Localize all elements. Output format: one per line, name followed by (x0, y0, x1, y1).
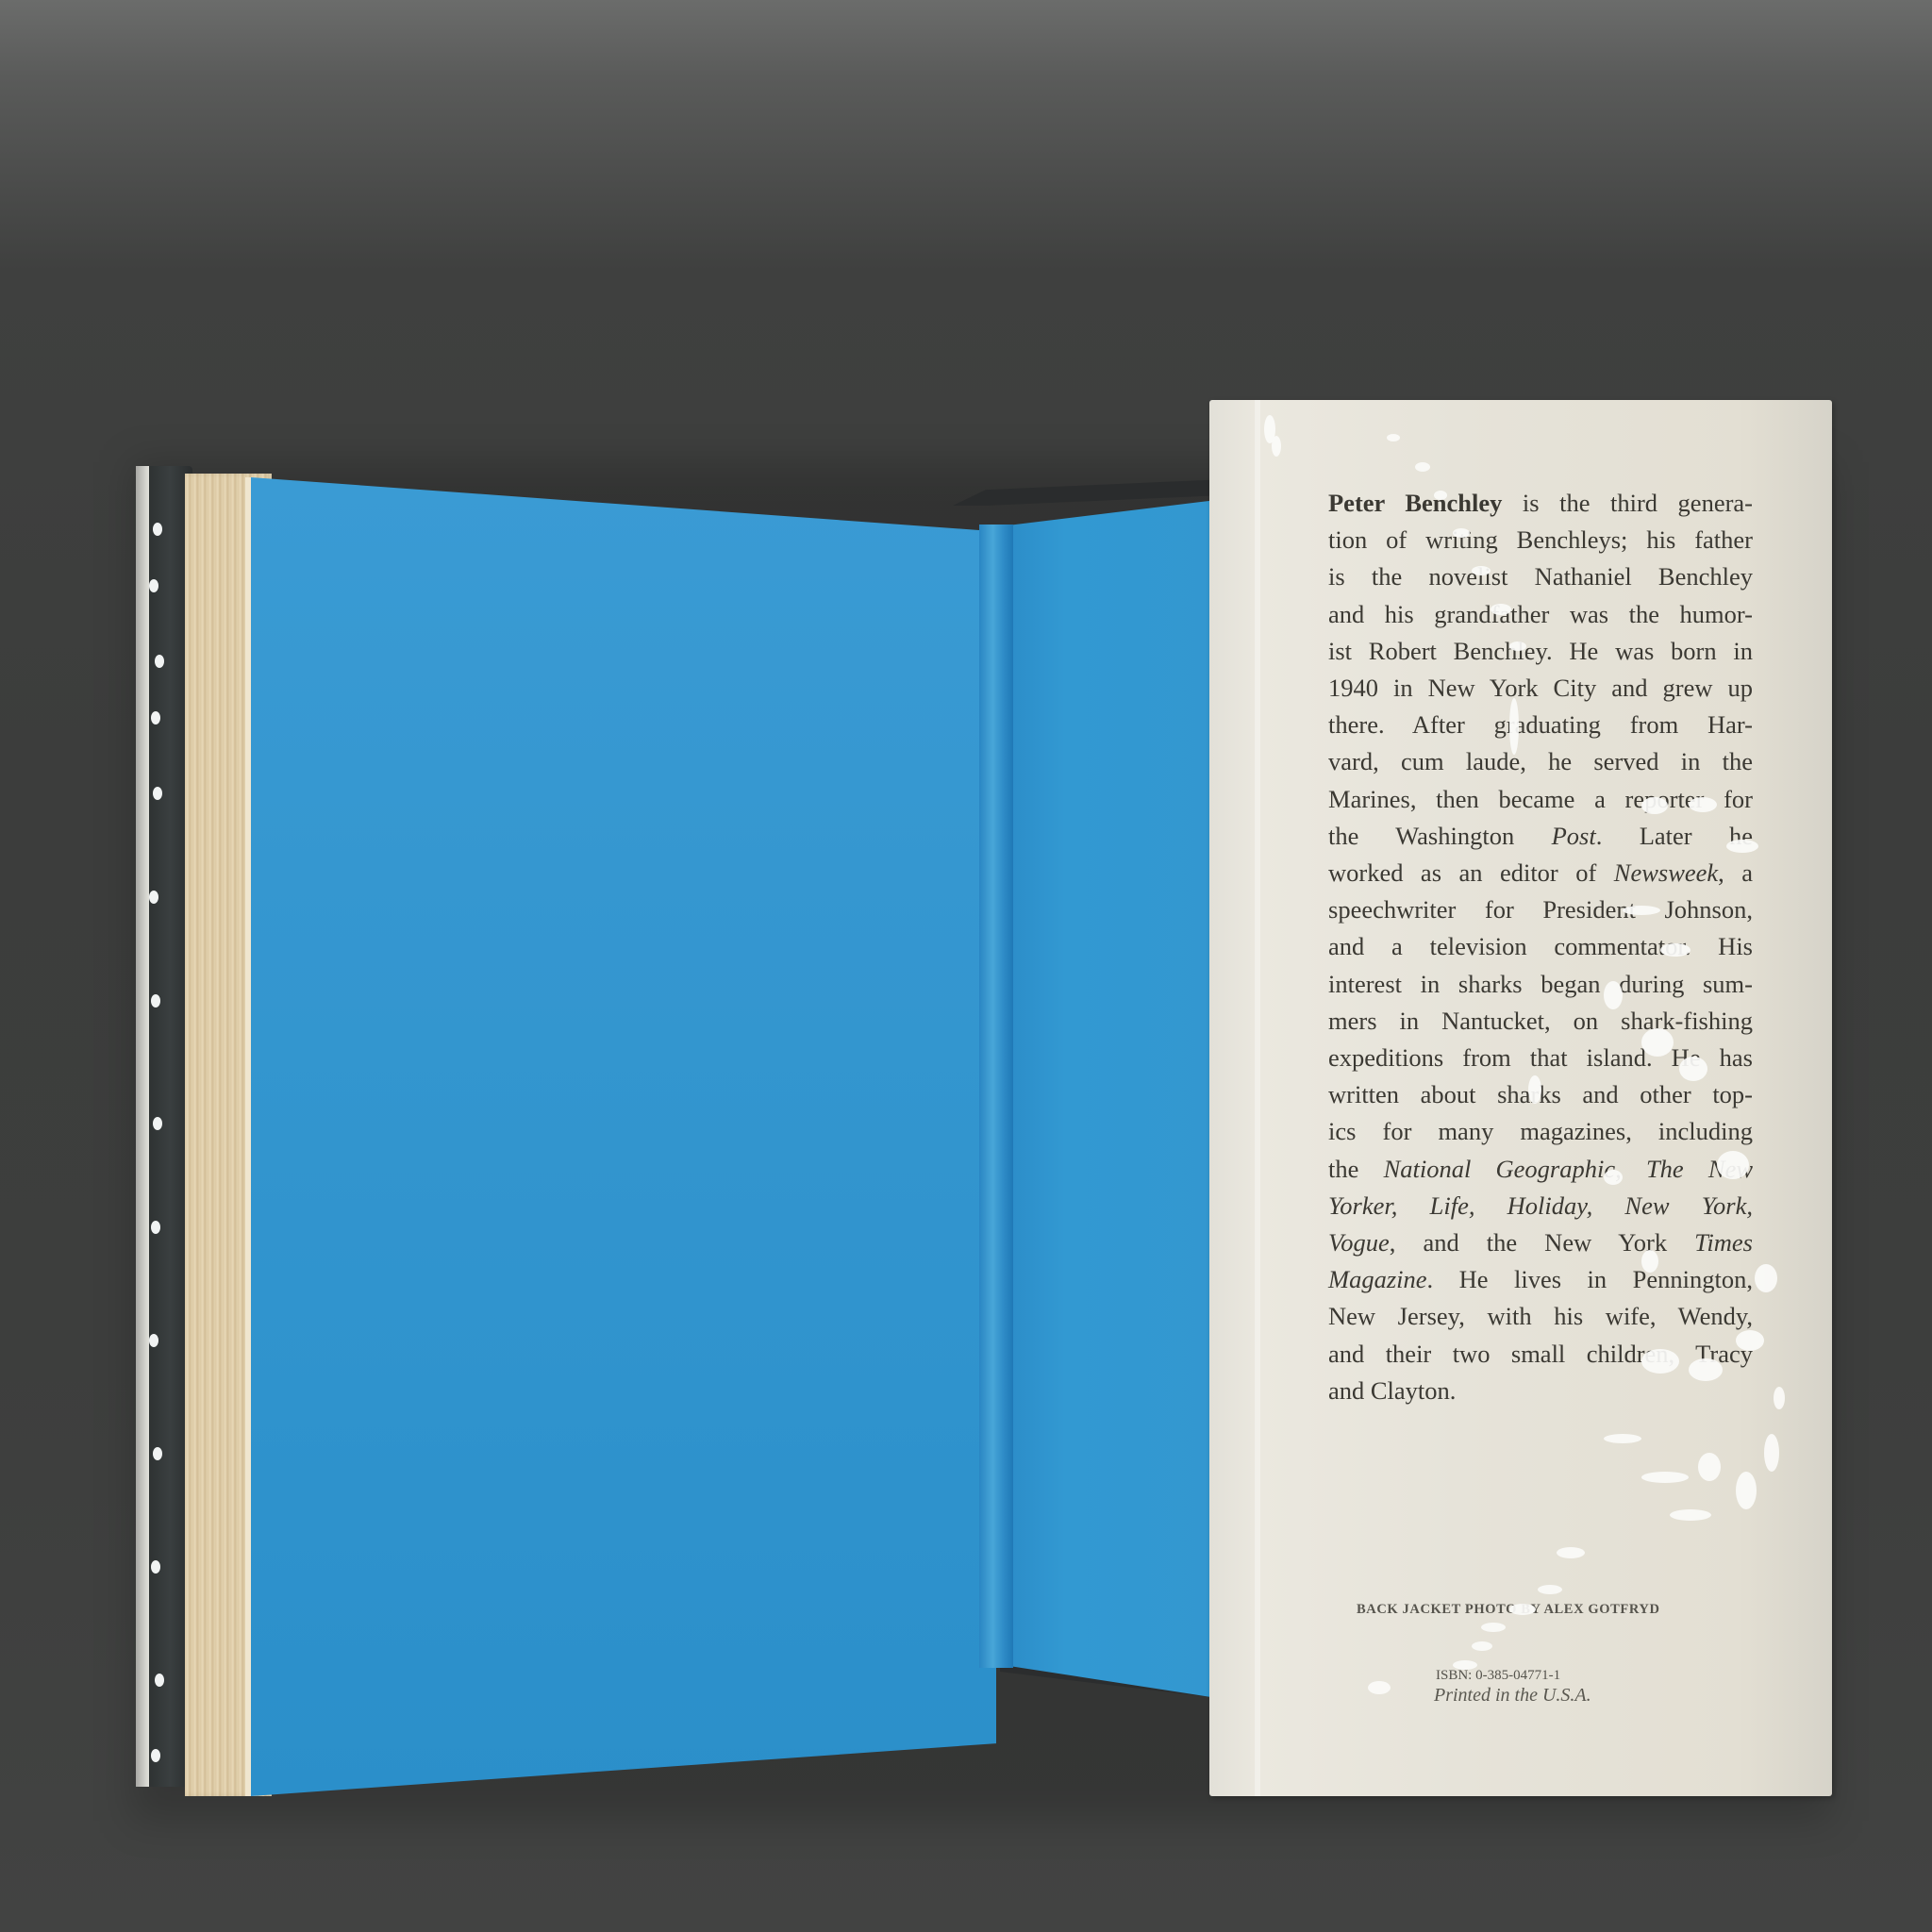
bio-line: ist Robert Benchley. He was born in (1328, 633, 1753, 670)
scuff-mark (1509, 1604, 1536, 1615)
wear-speck (153, 1447, 162, 1460)
scuff-mark (1689, 1358, 1723, 1381)
bio-text: . He lives in Pennington, (1427, 1265, 1753, 1293)
scuff-mark (1604, 1170, 1623, 1185)
bio-line: there. After graduating from Har- (1328, 707, 1753, 743)
scuff-mark (1641, 1349, 1679, 1374)
bio-line: 1940 in New York City and grew up (1328, 670, 1753, 707)
bio-text: and his grandfather was the humor- (1328, 600, 1753, 628)
wear-speck (149, 579, 158, 592)
flap-fold-crease (1255, 400, 1260, 1796)
bio-text: mers in Nantucket, on shark-fishing (1328, 1007, 1753, 1035)
scuff-mark (1481, 1623, 1506, 1632)
bio-line: worked as an editor of Newsweek, a (1328, 855, 1753, 891)
wear-speck (149, 1334, 158, 1347)
bio-text: interest in sharks began during sum- (1328, 970, 1753, 998)
scuff-mark (1641, 1250, 1658, 1273)
scuff-mark (1509, 641, 1526, 651)
bio-line: tion of writing Benchleys; his father (1328, 522, 1753, 558)
scuff-mark (1387, 434, 1400, 441)
bio-text: the (1328, 1155, 1384, 1183)
scuff-mark (1726, 840, 1758, 853)
jacket-edge-strip (136, 466, 149, 1787)
bio-line: is the novelist Nathaniel Benchley (1328, 558, 1753, 595)
scuff-mark (1689, 797, 1717, 812)
scuff-mark (1641, 797, 1668, 814)
bio-line: Yorker, Life, Holiday, New York, (1328, 1188, 1753, 1224)
bio-line: Marines, then became a reporter for (1328, 781, 1753, 818)
scuff-mark (1538, 1585, 1562, 1594)
bio-text: is the third genera- (1502, 489, 1753, 517)
scuff-mark (1415, 462, 1430, 472)
bio-text: vard, cum laude, he served in the (1328, 747, 1753, 775)
bio-text: tion of writing Benchleys; his father (1328, 525, 1753, 554)
scuff-mark (1453, 528, 1470, 538)
bio-text: Peter Benchley (1328, 489, 1502, 517)
scuff-mark (1641, 1472, 1689, 1483)
scuff-mark (1604, 1434, 1641, 1443)
scuff-mark (1472, 1641, 1492, 1651)
bio-text: is the novelist Nathaniel Benchley (1328, 562, 1753, 591)
scuff-mark (1736, 1472, 1757, 1509)
scuff-mark (1434, 491, 1447, 500)
scuff-mark (1641, 1028, 1674, 1057)
scuff-mark (1472, 566, 1491, 575)
bio-text: 1940 in New York City and grew up (1328, 674, 1753, 702)
scuff-mark (1764, 1434, 1779, 1472)
scuff-mark (1698, 1453, 1721, 1481)
wear-speck (151, 1560, 160, 1574)
book-gutter-hinge (979, 525, 1013, 1668)
scuff-mark (1736, 1330, 1764, 1351)
bio-line: the National Geographic, The New (1328, 1151, 1753, 1188)
printed-in-usa: Printed in the U.S.A. (1434, 1685, 1591, 1707)
wear-speck (155, 1674, 164, 1687)
wear-speck (151, 1749, 160, 1762)
wear-speck (153, 1117, 162, 1130)
bio-text: there. After graduating from Har- (1328, 710, 1753, 739)
scuff-mark (1491, 604, 1511, 615)
bio-text: , a (1718, 858, 1753, 887)
bio-text: New Jersey, with his wife, Wendy, (1328, 1302, 1753, 1330)
scuff-mark (1272, 436, 1281, 457)
bio-text: Newsweek (1614, 858, 1718, 887)
scuff-mark (1670, 1509, 1711, 1521)
bio-line: and his grandfather was the humor- (1328, 596, 1753, 633)
bio-text: ics for many magazines, including (1328, 1117, 1753, 1145)
bio-line: mers in Nantucket, on shark-fishing (1328, 1003, 1753, 1040)
bio-text: and Clayton. (1328, 1376, 1456, 1405)
isbn: ISBN: 0-385-04771-1 (1436, 1668, 1560, 1684)
bio-line: vard, cum laude, he served in the (1328, 743, 1753, 780)
bio-text: ist Robert Benchley. He was born in (1328, 637, 1753, 665)
scuff-mark (1604, 981, 1623, 1009)
scuff-mark (1368, 1681, 1391, 1694)
bio-text: speechwriter for President Johnson, (1328, 895, 1753, 924)
bio-text: worked as an editor of (1328, 858, 1614, 887)
bio-line: Magazine. He lives in Pennington, (1328, 1261, 1753, 1298)
scuff-mark (1660, 943, 1690, 957)
bio-text: Times (1694, 1228, 1753, 1257)
bio-line: New Jersey, with his wife, Wendy, (1328, 1298, 1753, 1335)
wear-speck (149, 891, 158, 904)
bio-line: speechwriter for President Johnson, (1328, 891, 1753, 928)
photo-credit: BACK JACKET PHOTO BY ALEX GOTFRYD (1357, 1602, 1660, 1618)
bio-text: Yorker, Life, Holiday, New York, (1328, 1191, 1753, 1220)
wear-speck (151, 994, 160, 1008)
bio-text: and their two small children, Tracy (1328, 1340, 1753, 1368)
bio-line: the Washington Post. Later he (1328, 818, 1753, 855)
bio-line: interest in sharks began during sum- (1328, 966, 1753, 1003)
scuff-mark (1557, 1547, 1585, 1558)
bio-text: Post (1552, 822, 1596, 850)
scuff-mark (1528, 1075, 1541, 1104)
scuff-mark (1453, 1660, 1477, 1670)
bio-text: National Geographic, The New (1384, 1155, 1753, 1183)
wear-speck (153, 787, 162, 800)
wear-speck (153, 523, 162, 536)
bio-text: the Washington (1328, 822, 1552, 850)
bio-line: and Clayton. (1328, 1373, 1753, 1409)
bio-line: ics for many magazines, including (1328, 1113, 1753, 1150)
scuff-mark (1679, 1057, 1707, 1081)
scuff-mark (1623, 906, 1660, 915)
wear-speck (151, 711, 160, 724)
bio-line: Peter Benchley is the third genera- (1328, 485, 1753, 522)
free-endpaper-blue (251, 477, 996, 1796)
bio-text: Marines, then became a reporter for (1328, 785, 1753, 813)
bio-text: Magazine (1328, 1265, 1427, 1293)
scuff-mark (1509, 698, 1519, 755)
bio-text: Vogue (1328, 1228, 1390, 1257)
wear-speck (155, 655, 164, 668)
scuff-mark (1774, 1387, 1785, 1409)
wear-speck (151, 1221, 160, 1234)
scuff-mark (1717, 1151, 1749, 1179)
bio-line: Vogue, and the New York Times (1328, 1224, 1753, 1261)
scuff-mark (1755, 1264, 1777, 1292)
pastedown-endpaper-blue (1000, 500, 1217, 1698)
